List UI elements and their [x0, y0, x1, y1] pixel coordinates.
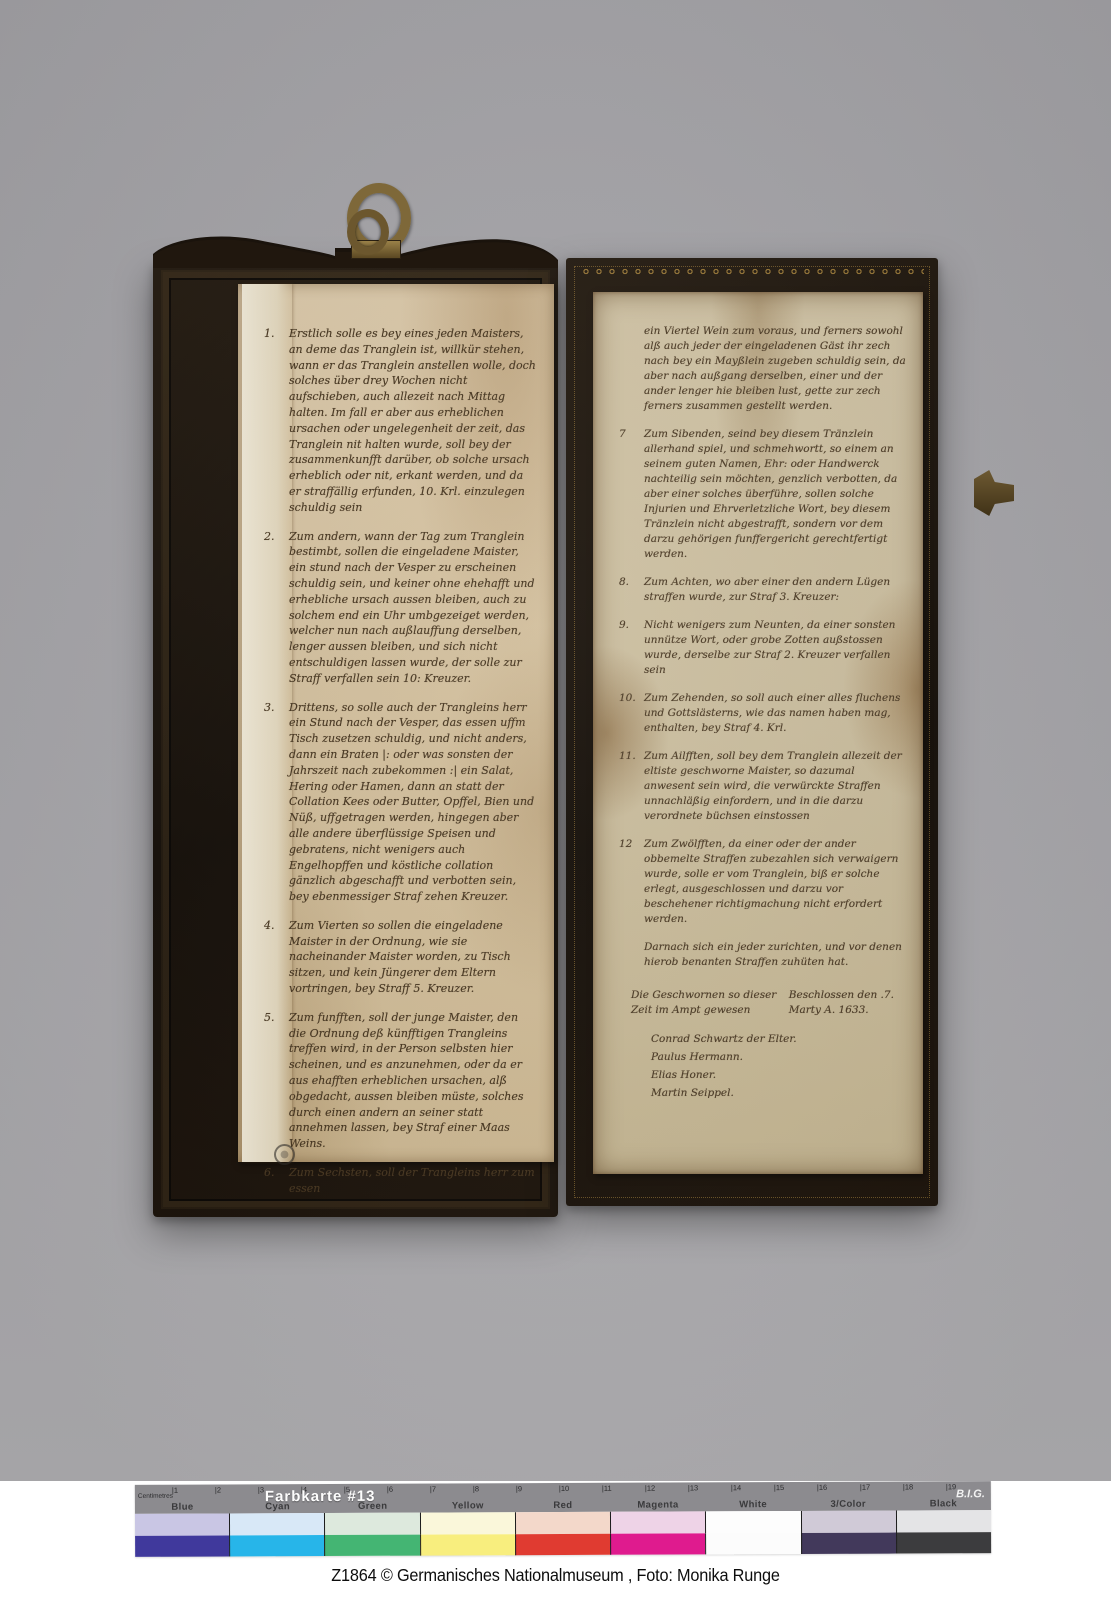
- pastel-swatch: [420, 1512, 515, 1534]
- statute-item: 9.Nicht wenigers zum Neunten, da einer s…: [619, 618, 907, 678]
- pastel-swatch: [135, 1513, 229, 1535]
- ruler-unit-label: Centimetres: [138, 1493, 173, 1500]
- statute-item: 3.Drittens, so solle auch der Trangleins…: [264, 700, 536, 905]
- signature: Elias Honer.: [651, 1068, 907, 1083]
- statute-item: 6.Zum Sechsten, soll der Trangleins herr…: [264, 1165, 536, 1197]
- color-label: Red: [515, 1500, 610, 1512]
- ruler-tick: |12: [645, 1484, 655, 1493]
- ruler-tick: |1: [172, 1486, 178, 1495]
- statute-text: Zum funfften, soll der junge Maister, de…: [289, 1011, 524, 1150]
- solid-swatch: [135, 1535, 229, 1556]
- pastel-swatch: [610, 1511, 705, 1533]
- statute-text: Zum Zehenden, so soll auch einer alles f…: [644, 692, 900, 734]
- color-label: White: [706, 1499, 801, 1511]
- statute-number: 10.: [619, 691, 636, 706]
- attestation-left: Die Geschwornen so dieser Zeit im Ampt g…: [631, 988, 779, 1018]
- ruler-tick: |13: [688, 1483, 698, 1492]
- underlying-page-edge: [242, 284, 292, 1162]
- ruler-tick: |3: [258, 1485, 264, 1494]
- closing-formula: Darnach sich ein jeder zurichten, und vo…: [644, 940, 907, 970]
- gold-tooled-edge: [574, 266, 930, 1198]
- ruler-tick: |18: [903, 1482, 913, 1491]
- ruler-tick: |9: [516, 1484, 522, 1493]
- statute-text: Drittens, so solle auch der Trangleins h…: [289, 701, 534, 904]
- ruler-tick: |7: [430, 1485, 436, 1494]
- color-label: Black: [896, 1498, 991, 1510]
- ruler-tick: |15: [774, 1483, 784, 1492]
- swatch-rows: [135, 1510, 991, 1557]
- statute-text: Zum Zwölfften, da einer oder der ander o…: [644, 838, 898, 925]
- signature: Conrad Schwartz der Elter.: [651, 1032, 907, 1047]
- pastel-swatch: [896, 1510, 991, 1532]
- statute-text: Zum Vierten so sollen die eingeladene Ma…: [289, 919, 511, 995]
- case-left-panel: [153, 262, 558, 1217]
- statute-number: 6.: [264, 1165, 275, 1181]
- photo-caption: Z1864 © Germanisches Nationalmuseum , Fo…: [39, 1565, 1072, 1586]
- color-label: Magenta: [610, 1499, 705, 1511]
- collection-stamp-icon: [274, 1144, 295, 1165]
- color-label: Cyan: [230, 1501, 325, 1513]
- solid-swatch: [610, 1533, 705, 1554]
- statute-item: 2.Zum andern, wann der Tag zum Tranglein…: [264, 529, 536, 687]
- statute-text: Zum Sechsten, soll der Trangleins herr z…: [289, 1166, 535, 1195]
- color-label: Blue: [135, 1501, 230, 1513]
- statute-item: 4.Zum Vierten so sollen die eingeladene …: [264, 918, 536, 997]
- brass-ring-swivel-icon: [347, 209, 389, 255]
- pastel-swatch: [515, 1512, 610, 1534]
- statute-number: 11.: [619, 749, 636, 764]
- case-left-molding: [163, 272, 548, 1207]
- statute-number: 8.: [619, 575, 629, 590]
- museum-photo-page: 1.Erstlich solle es bey eines jeden Mais…: [0, 0, 1111, 1600]
- signature-list: Conrad Schwartz der Elter.Paulus Hermann…: [651, 1032, 907, 1101]
- statute-item: 10.Zum Zehenden, so soll auch einer alle…: [619, 691, 907, 736]
- solid-swatch: [325, 1535, 420, 1556]
- manuscript-left-page: 1.Erstlich solle es bey eines jeden Mais…: [238, 284, 554, 1162]
- statute-number: 12: [619, 837, 632, 852]
- statute-text: Zum Sibenden, seind bey diesem Tränzlein…: [644, 428, 897, 560]
- manuscript-right-page: ein Viertel Wein zum voraus, und ferners…: [593, 292, 923, 1174]
- statute-number: 1.: [264, 326, 275, 342]
- photograph-area: 1.Erstlich solle es bey eines jeden Mais…: [0, 0, 1111, 1481]
- statute-item: 11.Zum Ailfften, soll bey dem Tranglein …: [619, 749, 907, 824]
- attestation-date: Beschlossen den .7. Marty A. 1633.: [789, 988, 907, 1018]
- attestation-block: Die Geschwornen so dieser Zeit im Ampt g…: [631, 988, 907, 1018]
- statute-text: Zum andern, wann der Tag zum Tranglein b…: [289, 530, 535, 685]
- ruler-tick: |8: [473, 1484, 479, 1493]
- statute-continuation: ein Viertel Wein zum voraus, und ferners…: [644, 324, 907, 414]
- ruler-tick: |10: [559, 1484, 569, 1493]
- statute-item: 12Zum Zwölfften, da einer oder der ander…: [619, 837, 907, 927]
- pastel-swatch: [705, 1511, 800, 1533]
- color-label: 3/Color: [801, 1499, 896, 1511]
- statute-text: Erstlich solle es bey eines jeden Maiste…: [289, 327, 536, 514]
- statute-item: 5.Zum funfften, soll der junge Maister, …: [264, 1010, 536, 1152]
- solid-swatch-row: [135, 1532, 991, 1557]
- color-label: Green: [325, 1501, 420, 1513]
- bottom-band: Centimetres |1|2|3|4|5|6|7|8|9|10|11|12|…: [0, 1481, 1111, 1600]
- solid-swatch: [801, 1533, 896, 1554]
- left-page-text: 1.Erstlich solle es bey eines jeden Mais…: [264, 326, 536, 1210]
- ruler-tick: |2: [215, 1485, 221, 1494]
- signature: Paulus Hermann.: [651, 1050, 907, 1065]
- solid-swatch: [896, 1532, 991, 1553]
- ruler-tick: |6: [387, 1485, 393, 1494]
- statute-text: Zum Achten, wo aber einer den andern Lüg…: [644, 576, 890, 603]
- centimetre-ruler: Centimetres |1|2|3|4|5|6|7|8|9|10|11|12|…: [135, 1482, 991, 1496]
- solid-swatch: [420, 1534, 515, 1555]
- solid-swatch: [705, 1533, 800, 1554]
- pastel-swatch: [800, 1511, 895, 1533]
- ruler-tick: |19: [946, 1482, 956, 1491]
- ruler-tick: |14: [731, 1483, 741, 1492]
- statute-number: 5.: [264, 1010, 275, 1026]
- solid-swatch: [515, 1534, 610, 1555]
- solid-swatch: [229, 1535, 324, 1556]
- statute-item: 8.Zum Achten, wo aber einer den andern L…: [619, 575, 907, 605]
- card-header: Centimetres |1|2|3|4|5|6|7|8|9|10|11|12|…: [135, 1481, 991, 1514]
- ruler-tick: |11: [602, 1484, 612, 1493]
- statute-number: 3.: [264, 700, 275, 716]
- pastel-swatch: [324, 1513, 419, 1535]
- gold-tooling-pattern-icon: [580, 267, 924, 276]
- color-calibration-card: Centimetres |1|2|3|4|5|6|7|8|9|10|11|12|…: [135, 1481, 991, 1557]
- pastel-swatch: [229, 1513, 324, 1535]
- right-page-text: ein Viertel Wein zum voraus, und ferners…: [619, 324, 907, 1104]
- statute-number: 9.: [619, 618, 629, 633]
- brass-clasp-icon: [974, 468, 1014, 518]
- statute-item: 1.Erstlich solle es bey eines jeden Mais…: [264, 326, 536, 516]
- ruler-tick: |17: [860, 1483, 870, 1492]
- statute-text: Nicht wenigers zum Neunten, da einer son…: [644, 619, 895, 676]
- statute-item: 7Zum Sibenden, seind bey diesem Tränzlei…: [619, 427, 907, 562]
- statute-number: 7: [619, 427, 626, 442]
- signature: Martin Seippel.: [651, 1086, 907, 1101]
- color-label: Yellow: [420, 1500, 515, 1512]
- statute-number: 4.: [264, 918, 275, 934]
- statute-number: 2.: [264, 529, 275, 545]
- ruler-tick: |16: [817, 1483, 827, 1492]
- case-right-panel: [566, 258, 938, 1206]
- statute-text: Zum Ailfften, soll bey dem Tranglein all…: [644, 750, 902, 822]
